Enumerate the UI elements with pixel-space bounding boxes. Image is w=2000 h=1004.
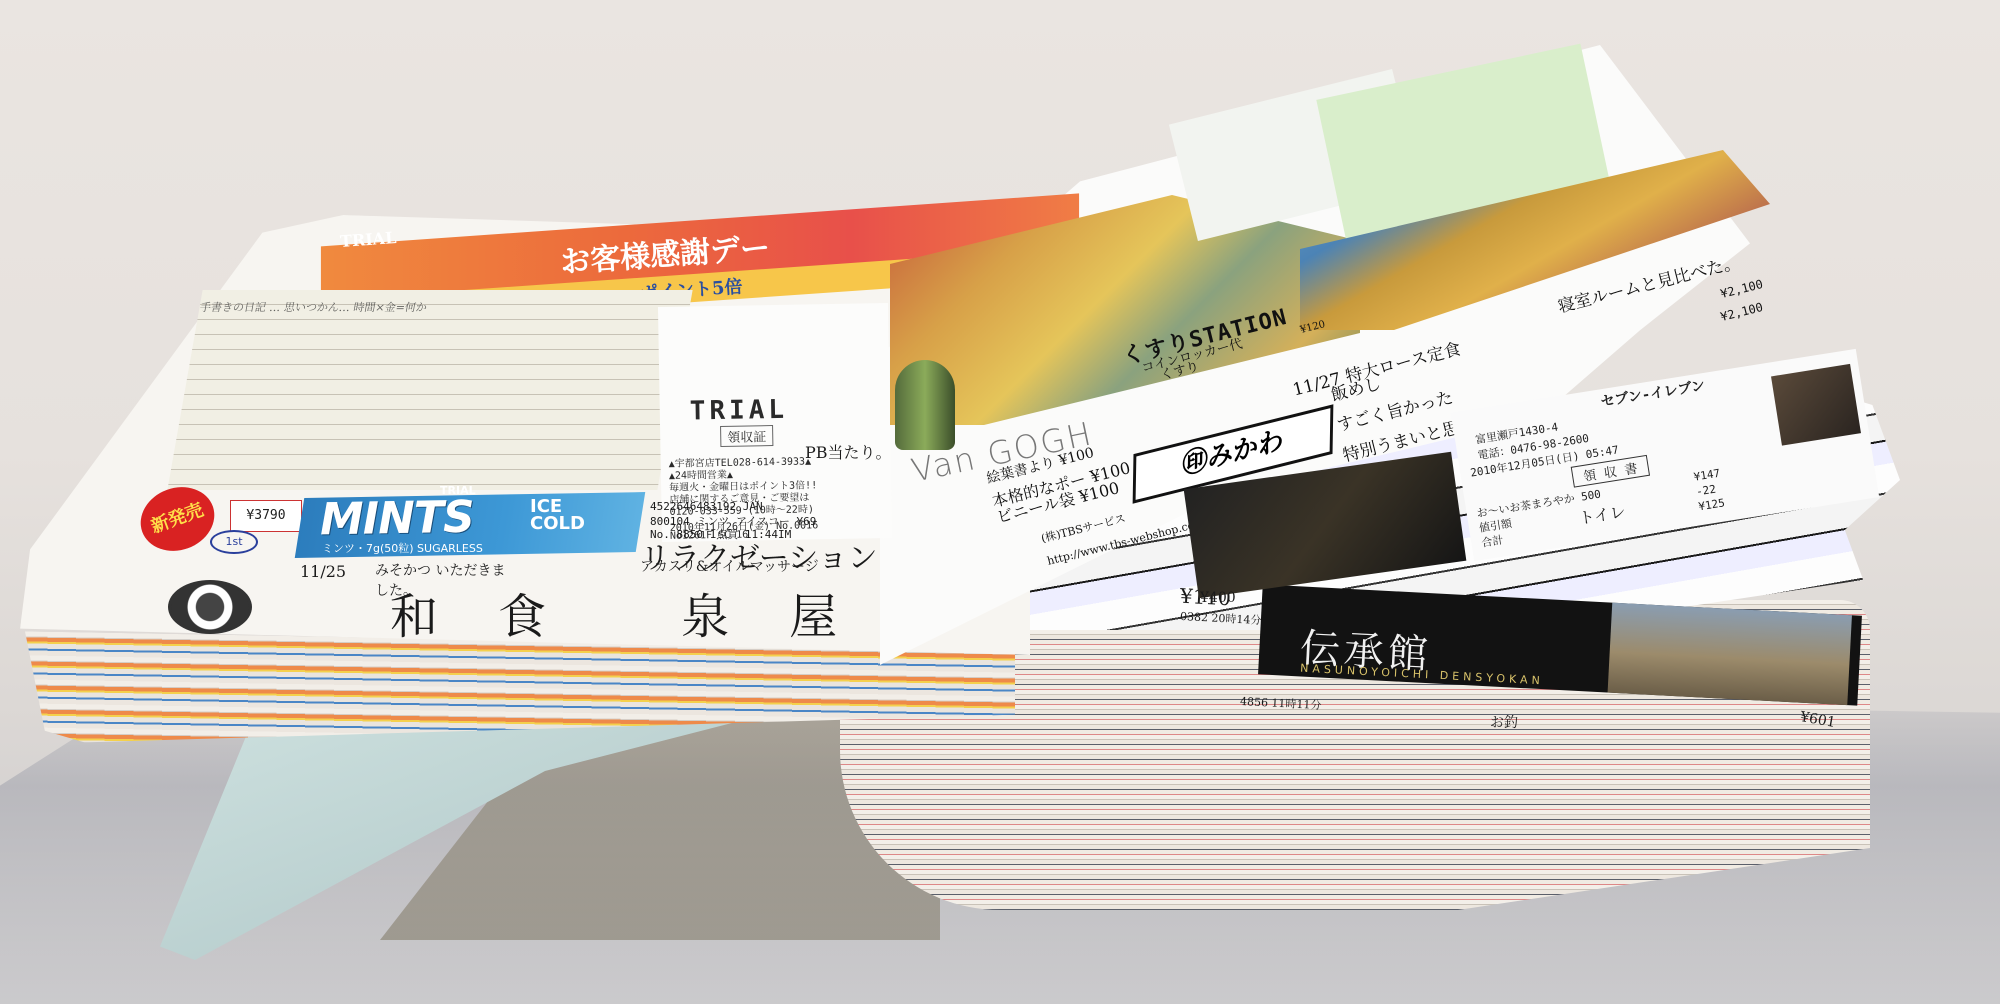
- date-note: 11/25: [300, 562, 346, 581]
- receipt-title: 領収証: [720, 425, 773, 447]
- museum-photo: [1608, 603, 1852, 705]
- mints-subtitle: ミンツ・7g(50粒) SUGARLESS: [322, 540, 483, 556]
- bedroom-price: ¥2,100: [1719, 277, 1764, 301]
- receipt-item-price: ¥147: [1693, 467, 1721, 484]
- banner-store: TRIAL: [339, 228, 397, 251]
- trial-logo: TRIAL: [690, 395, 789, 427]
- museum-change: お釣: [1490, 712, 1518, 732]
- vangogh-bottle: [895, 360, 955, 450]
- price-tag: ¥3790: [230, 500, 302, 532]
- relaxation-sub: アカスリ&オイルマッサージ: [640, 556, 819, 576]
- receipt-item: 合計: [1480, 531, 1504, 550]
- store-name: セブン-イレブン: [1599, 375, 1706, 411]
- scrapbook-photo: 伝承館 NASUNOYOICHI DENSYOKAN 0382 20時14分 4…: [0, 0, 2000, 1004]
- journal-text: 手書きの日記 … 思いつかん… 時間×金=何か: [199, 300, 662, 315]
- restaurant-name: 和食 泉屋: [390, 578, 897, 647]
- receipt-line: 4522646483192 JAN: [650, 500, 763, 513]
- mints-flavor: ICE COLD: [530, 498, 590, 532]
- receipt-photo: [1771, 364, 1861, 446]
- mints-name: MINTS: [320, 492, 475, 546]
- receipt-total: ¥125: [1698, 496, 1726, 513]
- journal-note: [167, 290, 692, 490]
- receipt-handwriting: PB当たり。: [805, 440, 892, 463]
- ist-logo: 1st: [210, 530, 258, 554]
- family-crest-icon: [168, 580, 252, 634]
- receipt-item-price: -22: [1695, 483, 1717, 499]
- slip-price: ¥400: [1200, 590, 1236, 606]
- bedroom-total: ¥2,100: [1719, 300, 1764, 324]
